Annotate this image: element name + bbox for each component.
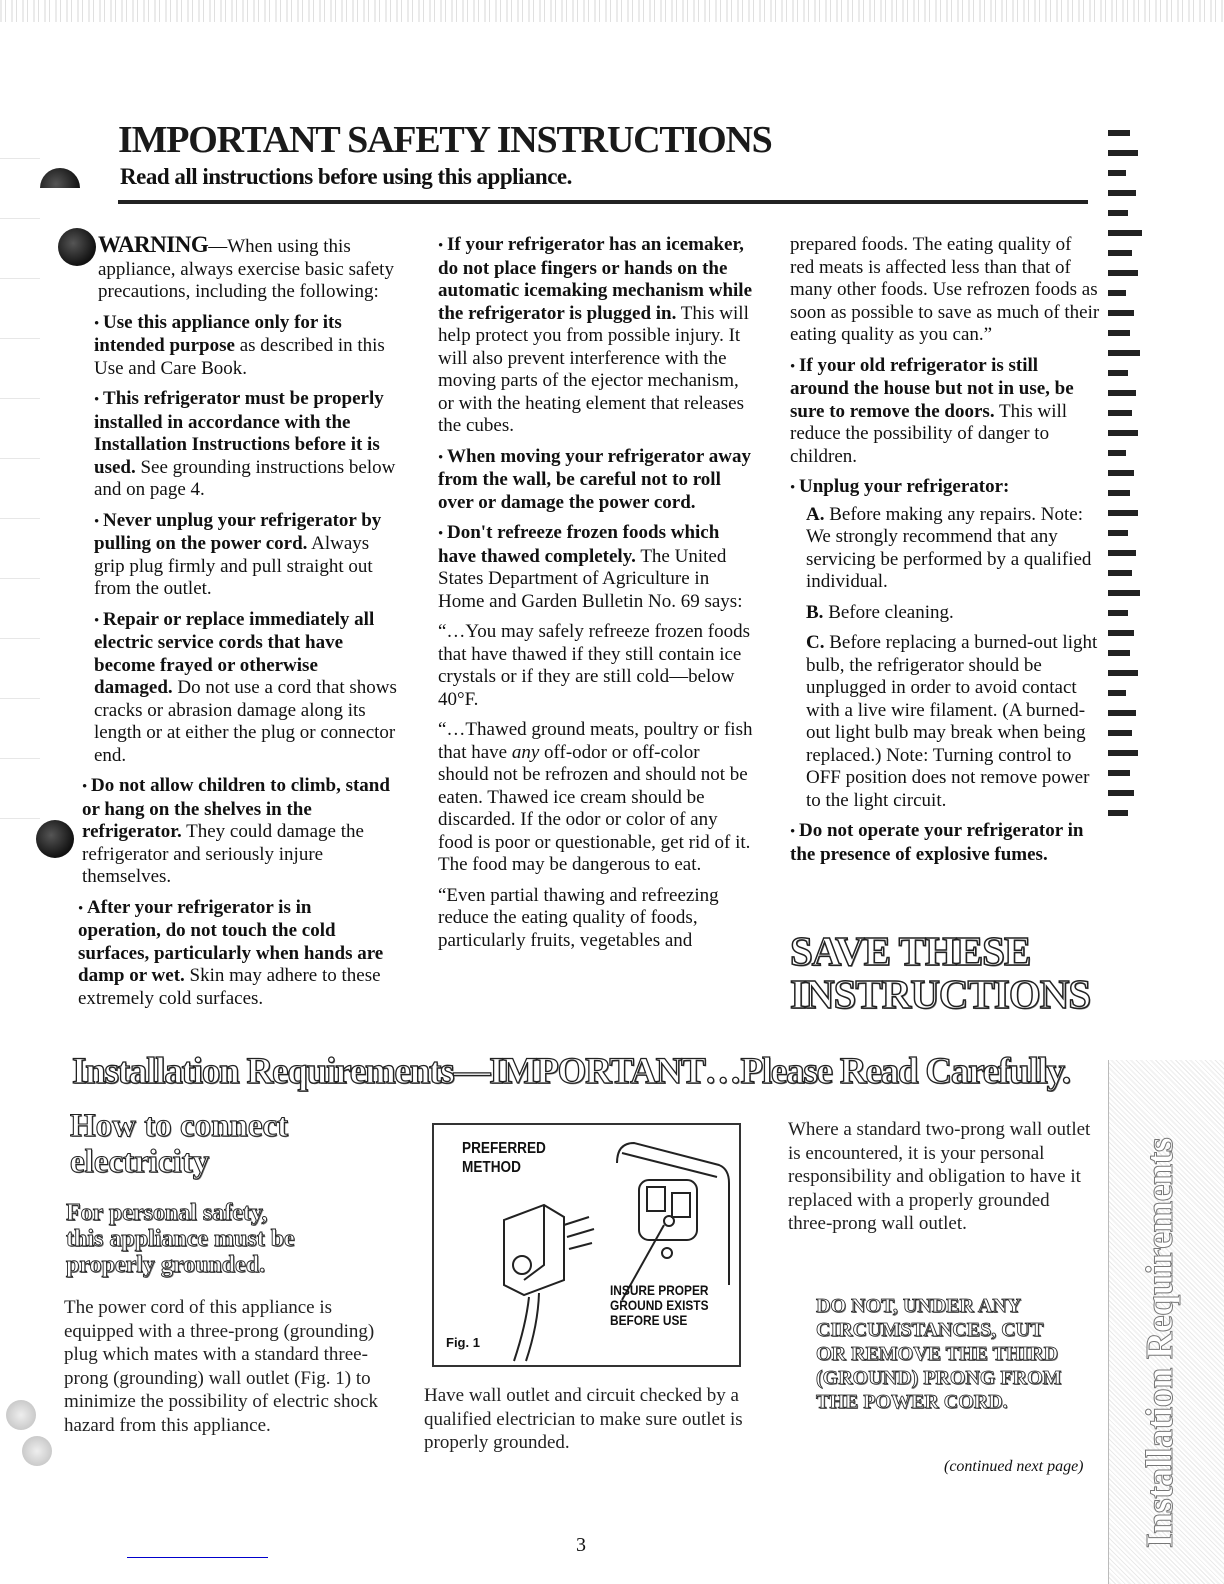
installation-title: Installation Requirements—IMPORTANT…Plea… — [72, 1050, 1070, 1093]
header-rule — [118, 200, 1088, 204]
warning-label: WARNING — [98, 232, 208, 257]
grounding-paragraph: The power cord of this appliance is equi… — [64, 1296, 404, 1437]
safety-item: When moving your refrigerator away from … — [438, 446, 753, 515]
safety-item: If your refrigerator has an icemaker, do… — [438, 234, 753, 438]
figure-1: PREFERRED METHOD INSURE PROPER GROUND EX… — [432, 1123, 741, 1367]
link-underline[interactable] — [127, 1557, 268, 1558]
figure-preferred-label: PREFERRED METHOD — [462, 1139, 546, 1177]
unplug-item-c: C. Before replacing a burned-out light b… — [790, 632, 1100, 812]
safety-item: Use this appliance only for its intended… — [78, 312, 398, 381]
page-subtitle: Read all instructions before using this … — [120, 164, 572, 190]
prong-warning: DO NOT, UNDER ANY CIRCUMSTANCES, CUT OR … — [816, 1294, 1062, 1414]
continued-note: (continued next page) — [944, 1458, 1084, 1476]
safety-item: Don't refreeze frozen foods which have t… — [438, 522, 753, 613]
figure-label: Fig. 1 — [446, 1335, 480, 1350]
figure-caption: Have wall outlet and circuit checked by … — [424, 1384, 754, 1455]
side-tab-label: Installation Requirements — [1138, 1138, 1182, 1548]
usda-quote-2: “…Thawed ground meats, poultry or fish t… — [438, 719, 753, 877]
hole-punch-icon — [6, 1400, 36, 1430]
scan-noise-top — [0, 0, 1224, 22]
safety-item: This refrigerator must be properly insta… — [78, 388, 398, 502]
usda-quote-continued: prepared foods. The eating quality of re… — [790, 234, 1100, 347]
usda-quote-3: “Even partial thawing and refreezing red… — [438, 885, 753, 953]
hole-punch-icon — [22, 1436, 52, 1466]
safety-item: After your refrigerator is in operation,… — [78, 897, 398, 1011]
safety-column-2: If your refrigerator has an icemaker, do… — [438, 234, 753, 960]
thumb-index-marks — [1108, 130, 1148, 1030]
two-prong-paragraph: Where a standard two-prong wall outlet i… — [788, 1118, 1098, 1236]
safety-item: Do not allow children to climb, stand or… — [78, 775, 398, 889]
section-subheading: For personal safety, this appliance must… — [66, 1200, 295, 1278]
hole-punch-icon — [40, 168, 80, 208]
figure-ground-note: INSURE PROPER GROUND EXISTS BEFORE USE — [610, 1283, 709, 1328]
usda-quote-1: “…You may safely refreeze frozen foods t… — [438, 621, 753, 711]
safety-item: Unplug your refrigerator: — [790, 476, 1100, 500]
safety-item: Never unplug your refrigerator by pullin… — [78, 510, 398, 601]
unplug-item-a: A. Before making any repairs. Note: We s… — [790, 504, 1100, 594]
safety-item: Do not operate your refrigerator in the … — [790, 820, 1100, 866]
scan-noise-left — [0, 120, 40, 840]
page-title: IMPORTANT SAFETY INSTRUCTIONS — [118, 118, 772, 162]
unplug-item-b: B. Before cleaning. — [790, 602, 1100, 625]
save-instructions-heading: SAVE THESE INSTRUCTIONS — [790, 930, 1090, 1016]
hole-punch-icon — [36, 820, 74, 858]
safety-item: Repair or replace immediately all electr… — [78, 609, 398, 768]
safety-column-1: WARNING—When using this appliance, alway… — [78, 234, 398, 1018]
section-heading: How to connect electricity — [70, 1108, 288, 1180]
safety-item: If your old refrigerator is still around… — [790, 355, 1100, 469]
page-number: 3 — [576, 1534, 586, 1557]
safety-column-3: prepared foods. The eating quality of re… — [790, 234, 1100, 874]
